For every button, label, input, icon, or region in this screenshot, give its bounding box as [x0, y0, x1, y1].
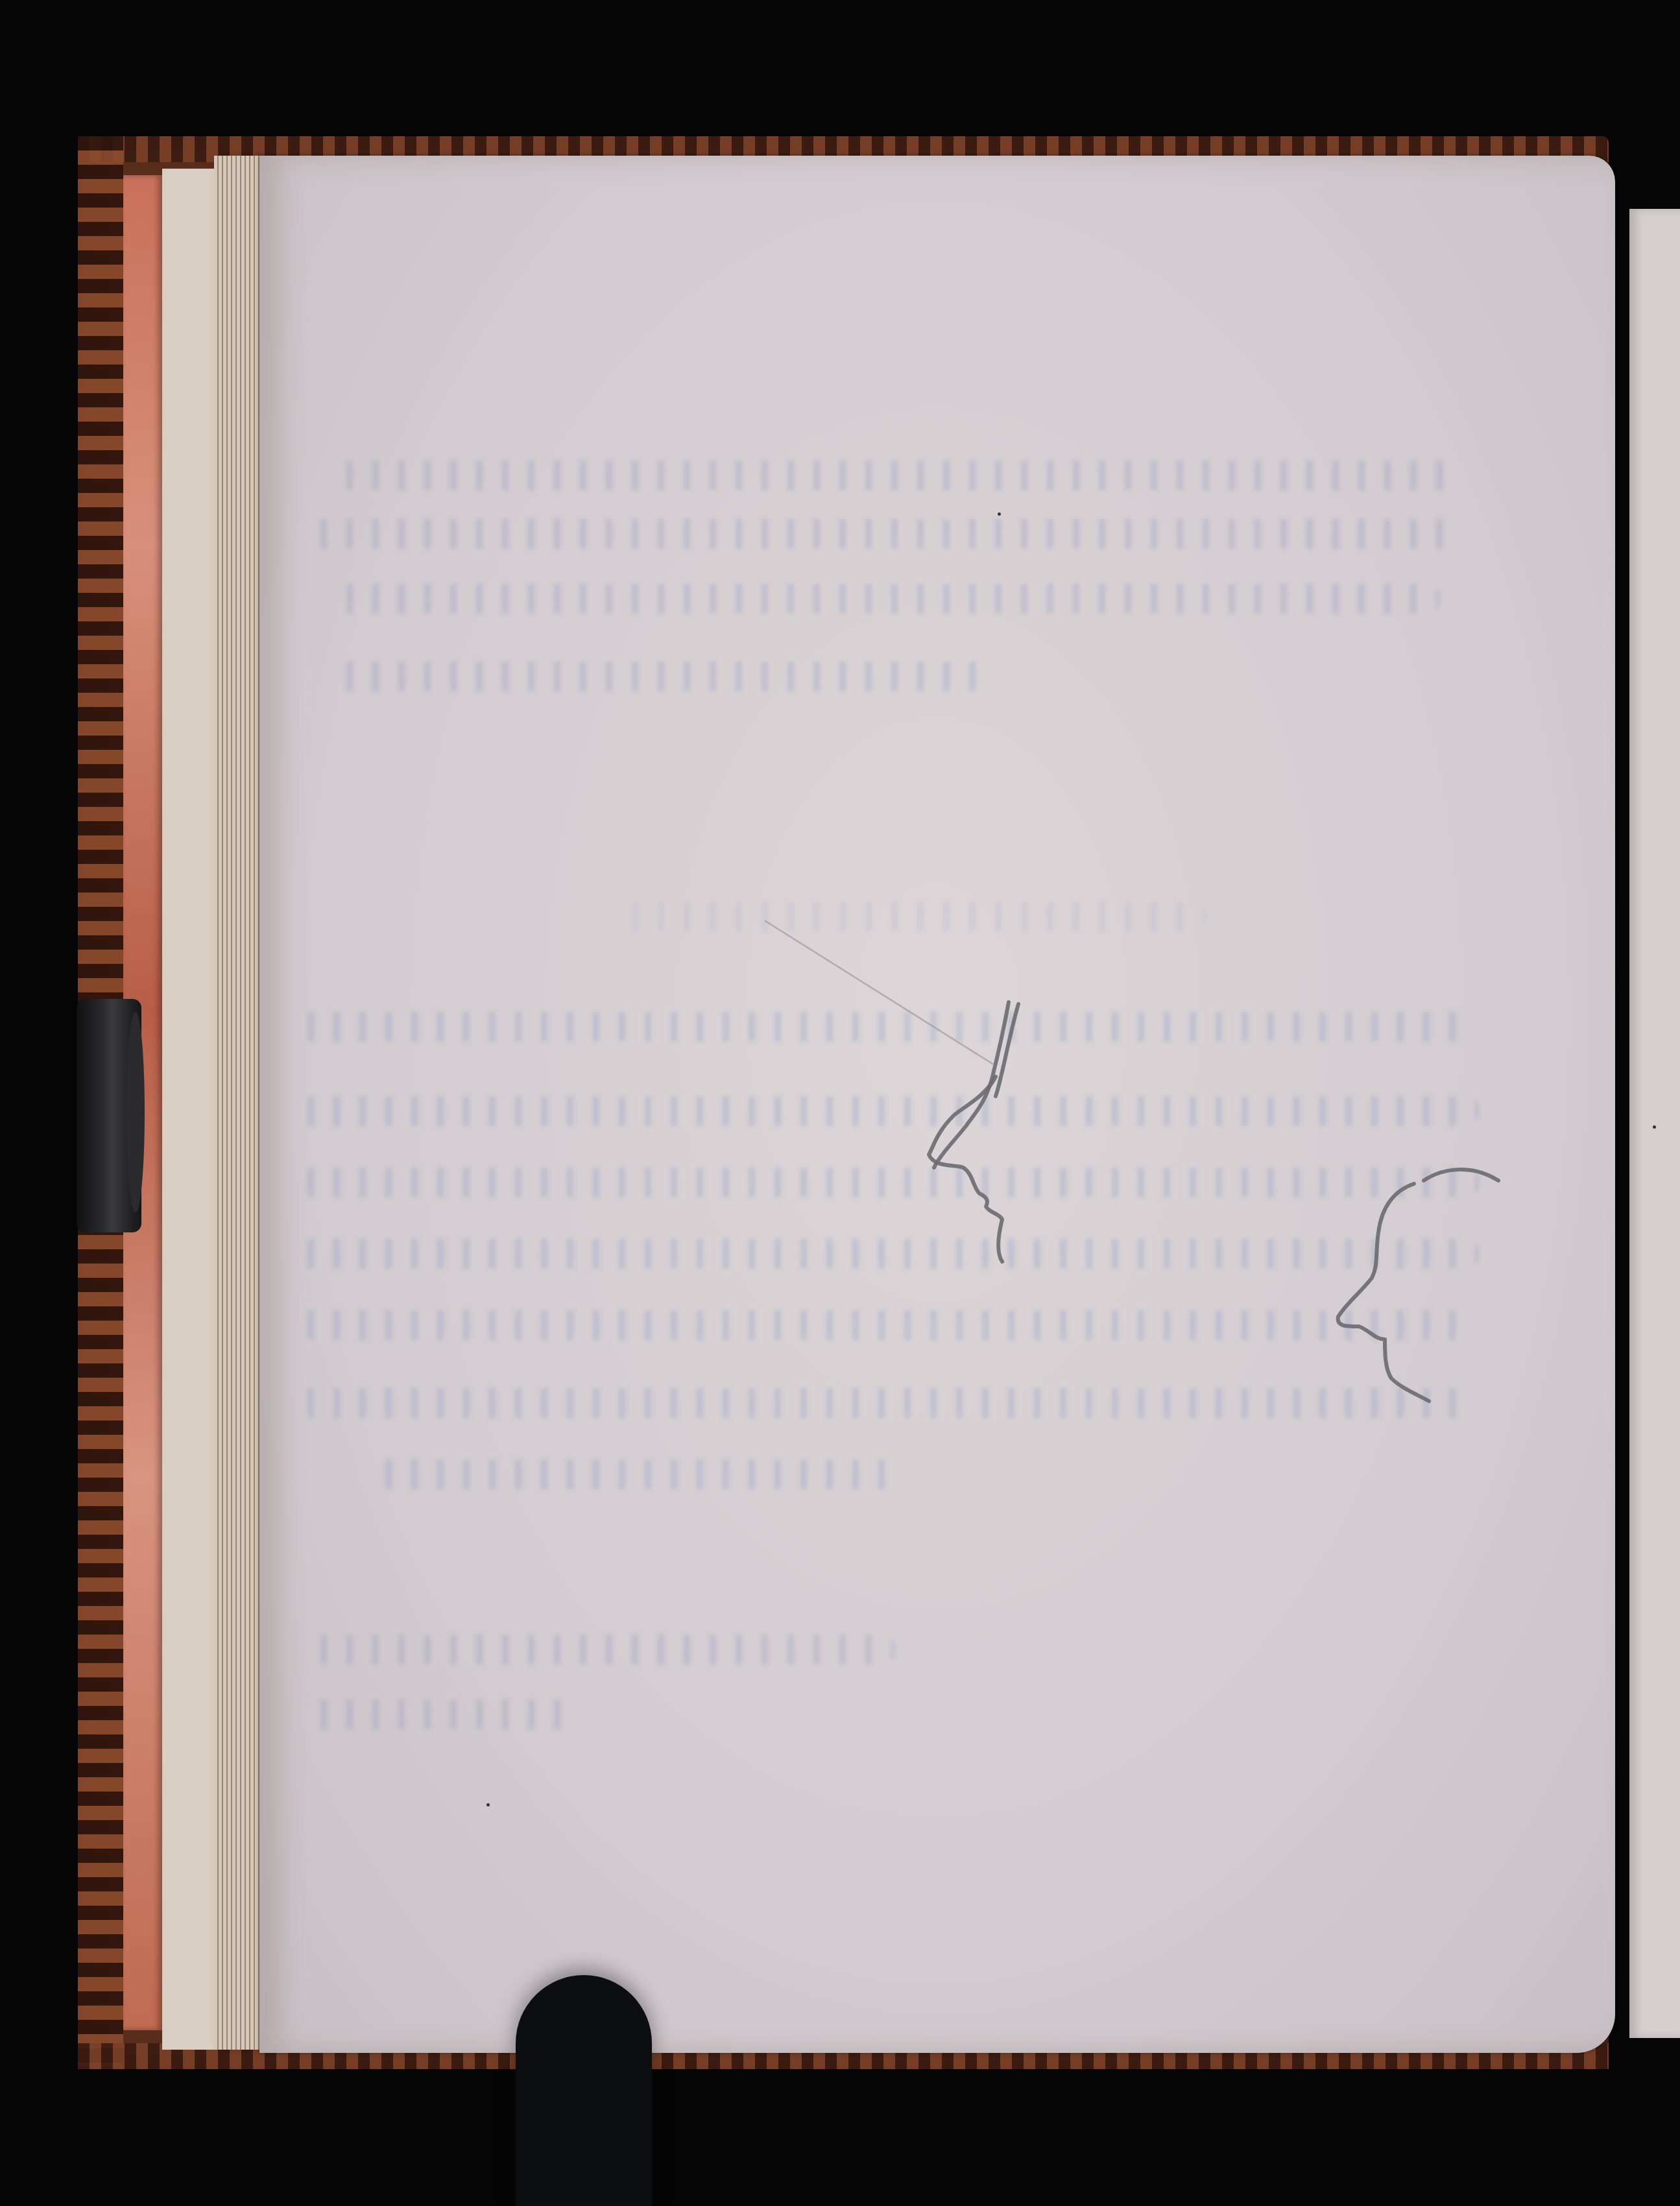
- book-weight: [516, 1975, 652, 2206]
- clasp-wing: [126, 1012, 145, 1213]
- ink-speck: [486, 1803, 490, 1806]
- ink-speck: [998, 512, 1001, 516]
- ink-speck: [1653, 1125, 1656, 1129]
- profile-sketch-right: [0, 0, 1680, 2206]
